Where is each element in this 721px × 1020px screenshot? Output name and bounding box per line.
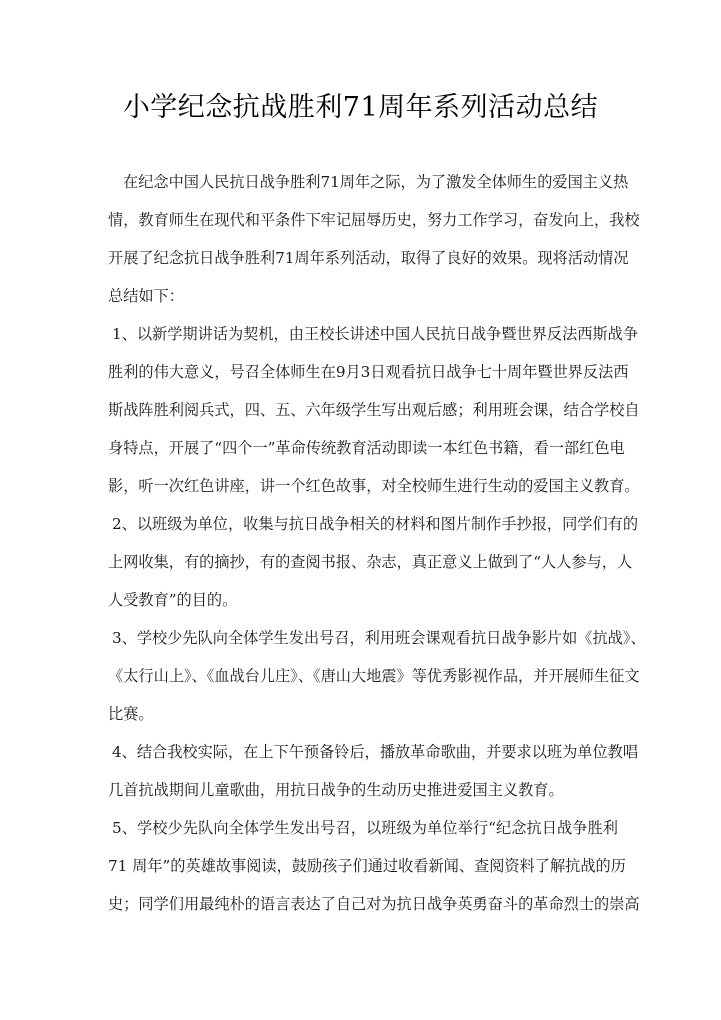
text-line: 胜利的伟大意义，号召全体师生在9月3日观看抗日战争七十周年暨世界反法西 [108,353,618,391]
document-body: 在纪念中国人民抗日战争胜利71周年之际，为了激发全体师生的爱国主义热 情，教育师… [108,163,618,923]
text-line: 2、以班级为单位，收集与抗日战争相关的材料和图片制作手抄报，同学们有的 [108,505,618,543]
text-line: 4、结合我校实际，在上下午预备铃后，播放革命歌曲，并要求以班为单位教唱 [108,733,618,771]
paragraph-item-3: 3、学校少先队向全体学生发出号召，利用班会课观看抗日战争影片如《抗战》、 《太行… [108,619,618,733]
paragraph-item-1: 1、以新学期讲话为契机，由王校长讲述中国人民抗日战争暨世界反法西斯战争 胜利的伟… [108,315,618,505]
paragraph-intro: 在纪念中国人民抗日战争胜利71周年之际，为了激发全体师生的爱国主义热 情，教育师… [108,163,618,315]
text-line: 情，教育师生在现代和平条件下牢记屈辱历史，努力工作学习，奋发向上，我校 [108,201,618,239]
text-line: 史；同学们用最纯朴的语言表达了自己对为抗日战争英勇奋斗的革命烈士的崇高 [108,885,618,923]
text-line: 1、以新学期讲话为契机，由王校长讲述中国人民抗日战争暨世界反法西斯战争 [108,315,618,353]
text-line: 5、学校少先队向全体学生发出号召，以班级为单位举行“纪念抗日战争胜利 [108,809,618,847]
text-line: 身特点，开展了“四个一”革命传统教育活动即读一本红色书籍，看一部红色电 [108,429,618,467]
text-line: 在纪念中国人民抗日战争胜利71周年之际，为了激发全体师生的爱国主义热 [108,163,618,201]
text-line: 比赛。 [108,695,618,733]
text-line: 影，听一次红色讲座，讲一个红色故事，对全校师生进行生动的爱国主义教育。 [108,467,618,505]
text-line: 几首抗战期间儿童歌曲，用抗日战争的生动历史推进爱国主义教育。 [108,771,618,809]
paragraph-item-5: 5、学校少先队向全体学生发出号召，以班级为单位举行“纪念抗日战争胜利 71 周年… [108,809,618,923]
paragraph-item-2: 2、以班级为单位，收集与抗日战争相关的材料和图片制作手抄报，同学们有的 上网收集… [108,505,618,619]
text-line: 3、学校少先队向全体学生发出号召，利用班会课观看抗日战争影片如《抗战》、 [108,619,618,657]
text-line: 总结如下： [108,277,618,315]
text-line: 上网收集，有的摘抄，有的查阅书报、杂志，真正意义上做到了“人人参与，人 [108,543,618,581]
text-line: 人受教育”的目的。 [108,581,618,619]
text-line: 71 周年”的英雄故事阅读，鼓励孩子们通过收看新闻、查阅资料了解抗战的历 [108,847,618,885]
text-line: 《太行山上》、《血战台儿庄》、《唐山大地震》等优秀影视作品，并开展师生征文 [108,657,618,695]
document-page: 小学纪念抗战胜利71周年系列活动总结 在纪念中国人民抗日战争胜利71周年之际，为… [0,0,721,1020]
paragraph-item-4: 4、结合我校实际，在上下午预备铃后，播放革命歌曲，并要求以班为单位教唱 几首抗战… [108,733,618,809]
text-line: 斯战阵胜利阅兵式，四、五、六年级学生写出观后感；利用班会课，结合学校自 [108,391,618,429]
text-line: 开展了纪念抗日战争胜利71周年系列活动，取得了良好的效果。现将活动情况 [108,239,618,277]
document-title: 小学纪念抗战胜利71周年系列活动总结 [0,88,721,128]
